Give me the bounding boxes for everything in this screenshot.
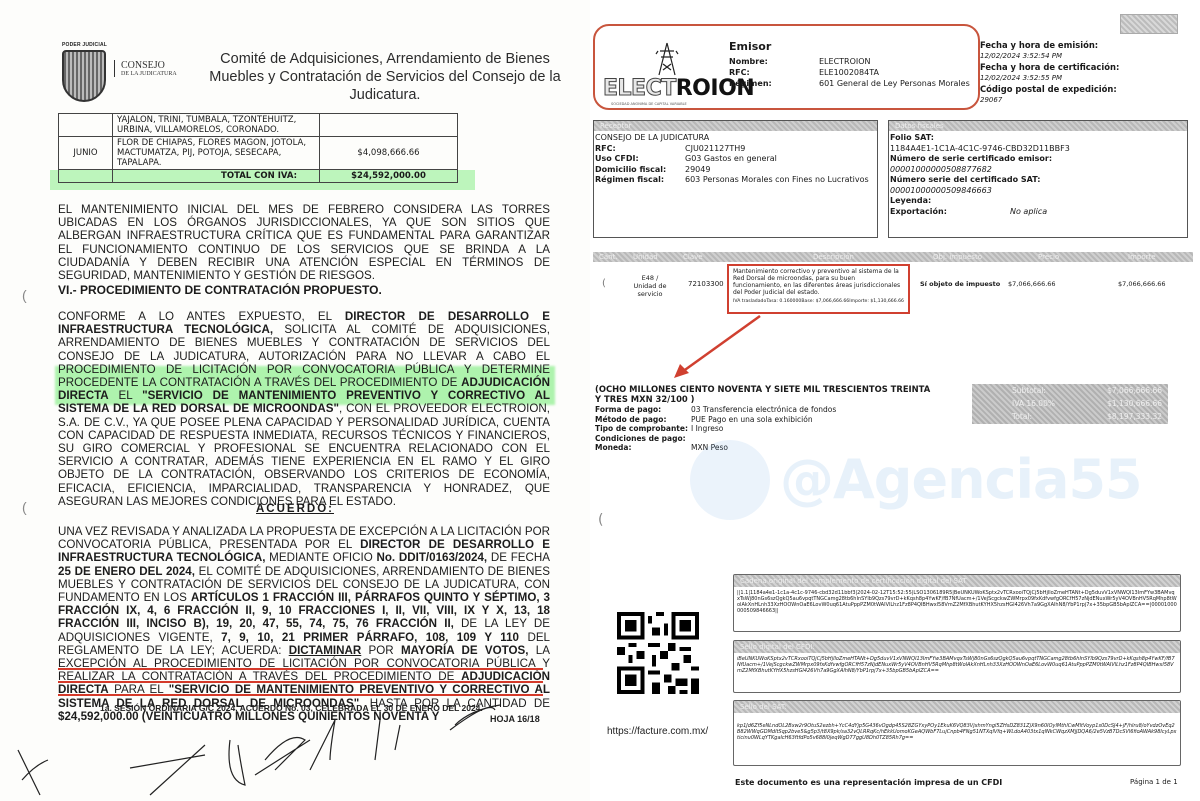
totals-box: Subtotal:$7,066,666.66 IVA 16.00%$1,130,…: [972, 384, 1168, 424]
watermark-text: @Agencia55: [780, 448, 1142, 511]
month-cell: JUNIO: [59, 137, 113, 170]
facebook-watermark-icon: [690, 440, 770, 520]
table-total-row: TOTAL CON IVA: $24,592,000.00: [59, 170, 458, 183]
month-cell: [59, 114, 113, 137]
logo-top-text: PODER JUDICIAL: [62, 42, 107, 48]
paragraph-procedure: CONFORME A LO ANTES EXPUESTO, EL DIRECTO…: [58, 310, 550, 508]
sello-cfdi-text: iBeUNKUWoKSptx2vTCRxooiTQjCj5bHjlloZmeHT…: [734, 653, 1180, 677]
qr-url-link[interactable]: https://facture.com.mx/: [607, 726, 708, 737]
margin-mark: (: [22, 499, 27, 515]
sello-sat-text: kp1Jd6Zf5eNLndOL2Bxw2r9OtuS2ezbh+YcC4dYj…: [734, 713, 1180, 744]
places-cell: YAJALON, TRINI, TUMBALA, TZONTEHUITZ, UR…: [113, 114, 320, 137]
cadena-header: Cadena original del complemento de certi…: [734, 575, 1180, 587]
acuerdo-document-page: PODER JUDICIAL CONSEJO DE LA JUDICATURA …: [0, 0, 590, 801]
table-row: YAJALON, TRINI, TUMBALA, TZONTEHUITZ, UR…: [59, 114, 458, 137]
table-row: JUNIO FLOR DE CHIAPAS, FLORES MAGON, JOT…: [59, 137, 458, 170]
signatures: [0, 660, 590, 800]
amount-cell: $4,098,666.66: [320, 137, 458, 170]
poder-judicial-logo: PODER JUDICIAL: [62, 42, 110, 104]
sello-sat-header: Sello del SAT:: [734, 701, 1180, 713]
cadena-text: ||1.1|1184a4e1-1c1a-4c1c-9746-cbd32d11bb…: [734, 587, 1180, 617]
consejo-line1: CONSEJO: [121, 60, 177, 71]
section-heading: VI.- PROCEDIMIENTO DE CONTRATACIÓN PROPU…: [58, 283, 382, 297]
sello-cfdi-header: Sello digital del CFDI:: [734, 641, 1180, 653]
margin-mark: (: [598, 512, 603, 528]
amount-in-words: (OCHO MILLONES CIENTO NOVENTA Y SIETE MI…: [595, 385, 935, 404]
consejo-line2: DE LA JUDICATURA: [121, 71, 177, 77]
qr-code[interactable]: [617, 612, 699, 694]
invoice-page-number: Página 1 de 1: [1130, 778, 1178, 786]
sello-sat-panel: Sello del SAT: kp1Jd6Zf5eNLndOL2Bxw2r9Ot…: [733, 700, 1181, 766]
total-value: $24,592,000.00: [320, 170, 458, 183]
total-label: TOTAL CON IVA:: [113, 170, 320, 183]
cfdi-footer-note: Este documento es una representación imp…: [735, 778, 1002, 787]
committee-title: Comité de Adquisiciones, Arrendamiento d…: [200, 50, 570, 104]
cadena-original-panel: Cadena original del complemento de certi…: [733, 574, 1181, 632]
maintenance-schedule-table: YAJALON, TRINI, TUMBALA, TZONTEHUITZ, UR…: [58, 113, 458, 183]
amount-cell: [320, 114, 458, 137]
cfdi-invoice-page: ELECTROION SOCIEDAD ANONIMA DE CAPITAL V…: [590, 0, 1200, 801]
places-cell: FLOR DE CHIAPAS, FLORES MAGON, JOTOLA, M…: [113, 137, 320, 170]
crest-icon: [62, 50, 106, 102]
consejo-logo-text: CONSEJO DE LA JUDICATURA: [114, 60, 177, 77]
margin-mark: (: [22, 287, 27, 303]
sello-cfdi-panel: Sello digital del CFDI: iBeUNKUWoKSptx2v…: [733, 640, 1181, 693]
acuerdo-heading: ACUERDO:: [0, 503, 590, 515]
paragraph-maintenance: EL MANTENIMIENTO INICIAL DEL MES DE FEBR…: [58, 203, 550, 282]
